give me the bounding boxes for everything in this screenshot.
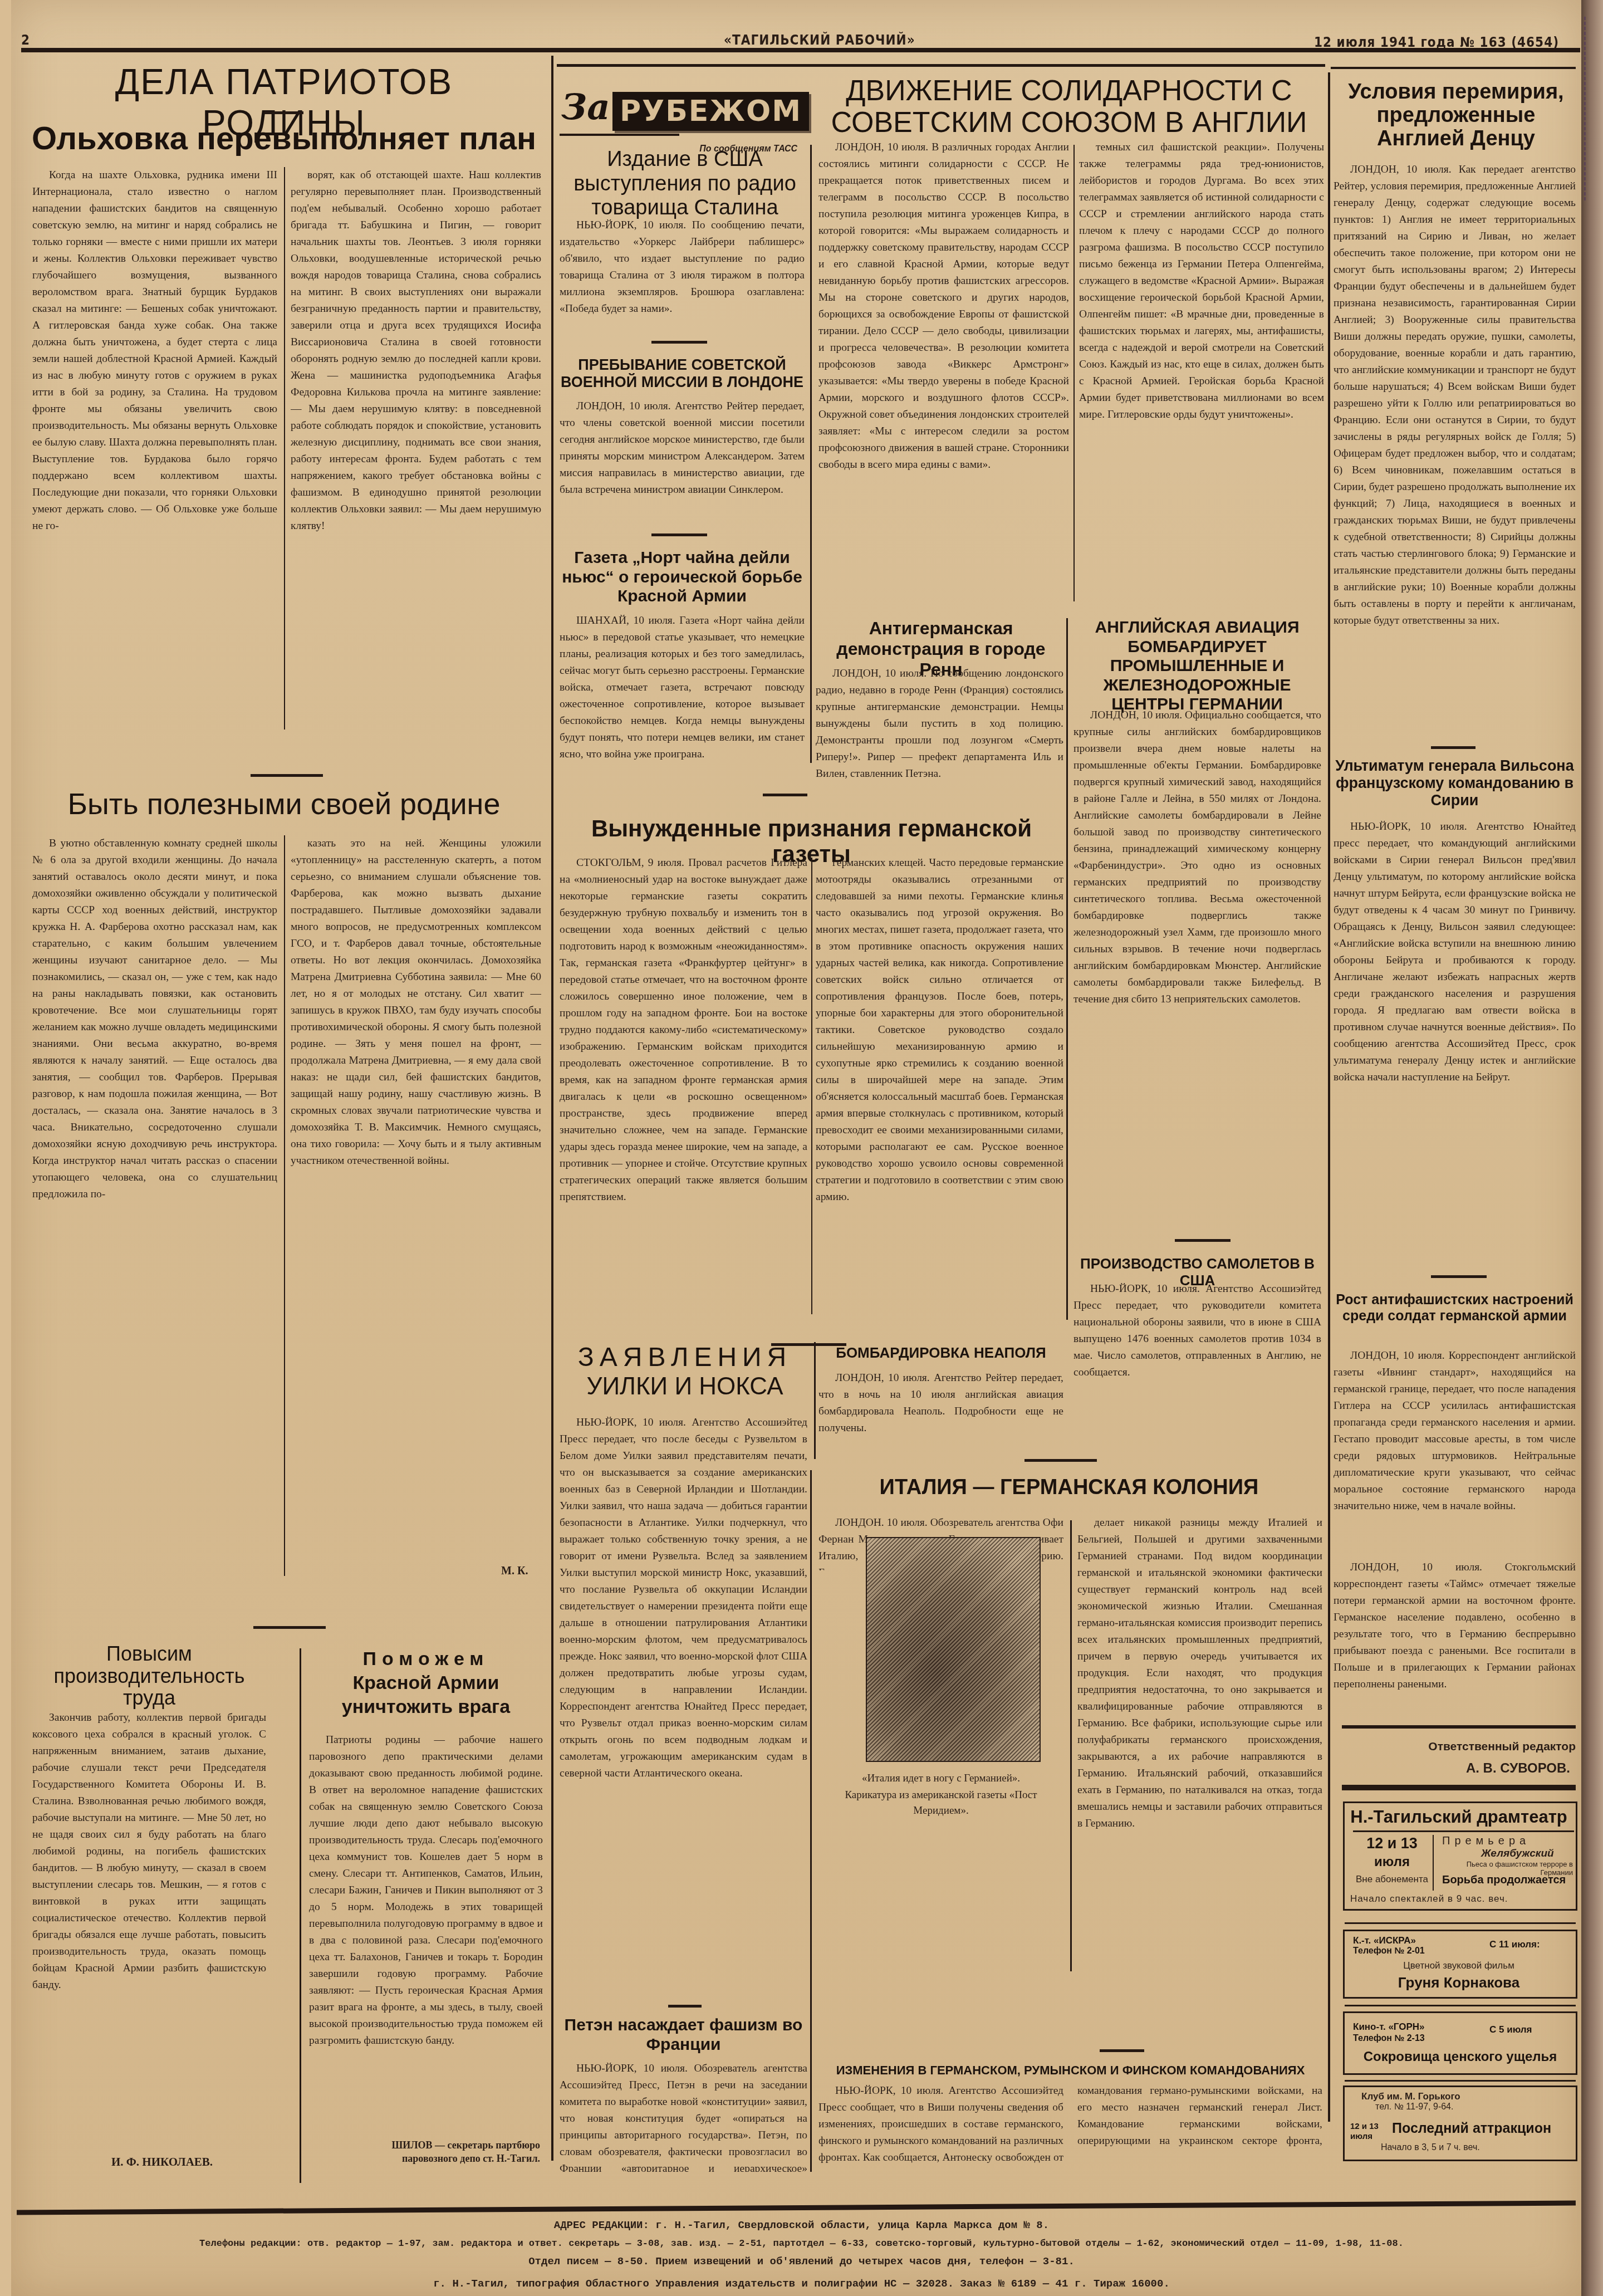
cinema-phone: Телефон № 2-13 <box>1353 2034 1425 2044</box>
column-rule <box>284 167 285 730</box>
ad-rule <box>1353 1830 1574 1832</box>
divider <box>668 2005 702 2008</box>
article-body: НЬЮ-ЙОРК, 10 июля. Агентство Юнайтед пре… <box>1334 819 1576 1270</box>
column-rule <box>1073 145 1075 601</box>
printing-info: г. Н.-Тагил, типография Областного Управ… <box>0 2278 1603 2290</box>
column-rule <box>810 145 812 763</box>
divider <box>253 1626 326 1629</box>
news-body: НЬЮ-ЙОРК, 10 июля. По сообщению печати, … <box>560 217 805 340</box>
article-title: Повысим производительность труда <box>32 1643 266 1709</box>
article-body: ЛОНДОН, 10 июля. Как передает агентство … <box>1334 161 1576 735</box>
article-title: Ольховка перевыполняет план <box>28 120 540 157</box>
cinema-since: С 5 июля <box>1489 2024 1532 2035</box>
film-title: Сокровища ценского ущелья <box>1347 2049 1573 2065</box>
news-title: ПРЕБЫВАНИЕ СОВЕТСКОЙ ВОЕННОЙ МИССИИ В ЛО… <box>560 356 805 391</box>
article-body: Когда на шахте Ольховка, рудника имени I… <box>32 167 277 735</box>
divider <box>251 774 323 777</box>
cinema-name: Кино-т. «ГОРН» <box>1353 2021 1425 2033</box>
article-body: Закончив работу, коллектив первой бригад… <box>32 1710 266 2133</box>
column-rule <box>1066 618 1068 1320</box>
premiere-label: Премьера <box>1442 1835 1530 1848</box>
article-title: Петэн насаждает фашизм во Франции <box>560 2016 807 2054</box>
article-body: Патриоты родины — рабочие нашего паровоз… <box>309 1732 543 2133</box>
cinema-since: С 11 июля: <box>1489 1939 1540 1950</box>
library-stamp <box>1584 17 1602 200</box>
article-title: УИЛКИ И НОКСА <box>560 1373 810 1401</box>
divider <box>1431 1275 1487 1278</box>
article-title: Поможем <box>309 1648 543 1670</box>
editorial-address: АДРЕС РЕДАКЦИИ: г. Н.-Тагил, Свердловско… <box>0 2219 1603 2231</box>
article-title: Быть полезными своей родине <box>28 788 540 821</box>
article-title: ДВИЖЕНИЕ СОЛИДАРНОСТИ С СОВЕТСКИМ СОЮЗОМ… <box>818 75 1320 139</box>
divider <box>1175 1239 1231 1242</box>
editor-rule <box>1342 1725 1576 1729</box>
news-body: ЛОНДОН, 10 июля. Агентство Рейтер переда… <box>560 398 805 532</box>
editor-label: Ответственный редактор <box>1336 1740 1576 1754</box>
editor-name: А. В. СУВОРОВ. <box>1336 1761 1570 1776</box>
divider <box>1024 1459 1097 1462</box>
abroad-logo: За РУБЕЖОМ По сообщениям ТАСС <box>557 75 802 159</box>
newspaper-name: «ТАГИЛЬСКИЙ РАБОЧИЙ» <box>724 32 915 48</box>
article-body: делает никакой разницы между Италией и Б… <box>1077 1515 1322 1982</box>
article-title: Красной Армии <box>309 1672 543 1694</box>
film-title: Груня Корнакова <box>1347 1974 1570 1991</box>
news-title: Газета „Норт чайна дейли ньюс“ о героиче… <box>560 549 805 606</box>
ad-rule <box>1345 2005 1576 2006</box>
article-body: НЬЮ-ЙОРК, 10 июля. Обозреватель агентств… <box>560 2060 807 2172</box>
logo-rule <box>560 134 679 136</box>
article-body: НЬЮ-ЙОРК, 10 июля. Агентство Ассошиэйтед… <box>1073 1281 1321 1381</box>
article-body: ЛОНДОН, 10 июля. Стокгольмский корреспон… <box>1334 1559 1576 1704</box>
theater-month: июля <box>1350 1854 1434 1870</box>
article-body: В уютно обставленную комнату средней шко… <box>32 835 277 1582</box>
column-rule <box>300 1648 301 2183</box>
article-title: ЗАЯВЛЕНИЯ <box>560 1342 810 1373</box>
news-body: ЛОНДОН, 10 июля. По сообщению лондонског… <box>816 665 1063 782</box>
article-body: темных сил фашистской реакции». Получены… <box>1079 139 1324 601</box>
ad-rule <box>1345 1922 1576 1924</box>
article-body: казать это на ней. Женщины уложили «утоп… <box>291 835 541 1559</box>
article-title: ИЗМЕНЕНИЯ В ГЕРМАНСКОМ, РУМЫНСКОМ И ФИНС… <box>818 2063 1322 2077</box>
divider <box>1431 746 1475 749</box>
article-body: ворят, как об отстающей шахте. Наш колле… <box>291 167 541 730</box>
article-body: германских клещей. Часто передовые герма… <box>816 855 1063 1311</box>
editorial-phones: Телефоны редакции: отв. редактор — 1-97,… <box>0 2239 1603 2249</box>
abroad-top-rule <box>557 64 1325 67</box>
article-body: НЬЮ-ЙОРК, 10 июля. Агентство Ассошиэйтед… <box>818 2083 1322 2172</box>
right-top-rule <box>1331 67 1576 69</box>
divider <box>651 533 707 536</box>
article-title: ИТАЛИЯ — ГЕРМАНСКАЯ КОЛОНИЯ <box>818 1476 1320 1500</box>
club-phone: тел. № 11-97, 9-64. <box>1375 2102 1453 2112</box>
column-divider <box>1328 72 1330 2122</box>
divider <box>264 111 303 114</box>
club-dates: 12 и 13 июля <box>1350 2122 1389 2142</box>
film-title: Последний аттракцион <box>1392 2121 1551 2137</box>
film-description: Цветной звуковой фильм <box>1347 1960 1570 1971</box>
article-body: ЛОНДОН, 10 июля. В различных городах Анг… <box>818 139 1069 601</box>
cinema-phone: Телефон № 2-01 <box>1353 1946 1425 1956</box>
article-body: СТОКГОЛЬМ, 9 июля. Провал расчетов Гитле… <box>560 855 807 1311</box>
article-title: Рост антифашистских настроений среди сол… <box>1334 1292 1576 1324</box>
article-title: БОМБАРДИРОВКА НЕАПОЛЯ <box>818 1345 1063 1362</box>
logo-prefix: За <box>561 86 610 128</box>
news-body: ШАНХАЙ, 10 июля. Газета «Норт чайна дейл… <box>560 613 805 780</box>
article-body: ЛОНДОН, 10 июля. Официально сообщается, … <box>1073 707 1321 1231</box>
article-title: уничтожить врага <box>309 1696 543 1718</box>
signature: И. Ф. НИКОЛАЕВ. <box>111 2155 213 2169</box>
article-body: ЛОНДОН, 10 июля. Корреспондент английско… <box>1334 1348 1576 1565</box>
divider <box>763 794 807 796</box>
article-body: ЛОНДОН, 10 июля. Агентство Рейтер переда… <box>818 1370 1063 1442</box>
club-start: Начало в 3, 5 и 7 ч. веч. <box>1381 2143 1480 2153</box>
article-title: Условия перемирия, предложенные Англией … <box>1334 81 1579 150</box>
column-rule <box>284 835 285 1576</box>
signature: М. К. <box>501 1565 528 1578</box>
ad-rule <box>1345 2080 1576 2082</box>
article-title: АНГЛИЙСКАЯ АВИАЦИЯ БОМБАРДИРУЕТ ПРОМЫШЛЕ… <box>1072 618 1322 714</box>
letters-department: Отдел писем — 8-50. Прием извещений и об… <box>0 2255 1603 2268</box>
column-rule <box>1070 1520 1072 1971</box>
masthead-rule <box>21 48 1580 52</box>
cartoon-caption: Карикатура из американской газеты «Пост … <box>818 1788 1063 1819</box>
theater-name: Н.-Тагильский драмтеатр <box>1347 1807 1570 1827</box>
divider <box>1100 2049 1144 2052</box>
divider <box>651 341 707 344</box>
theater-dates: 12 и 13 <box>1350 1835 1434 1852</box>
logo-main: РУБЕЖОМ <box>612 92 809 131</box>
signature: ШИЛОВ — секретарь партбюро паровозного д… <box>356 2138 540 2165</box>
column-rule <box>814 1342 816 1459</box>
cartoon-caption: «Италия идет в ногу с Германией». <box>818 1771 1063 1786</box>
caricature-illustration-icon <box>866 1537 1041 1762</box>
theater-note: Вне абонемента <box>1350 1874 1434 1884</box>
page-edge-shadow <box>1581 0 1603 2296</box>
column-rule <box>811 858 812 1314</box>
news-title: Издание в США выступления по радио товар… <box>562 148 807 221</box>
club-name: Клуб им. М. Горького <box>1361 2091 1460 2102</box>
article-title: Ультиматум генерала Вильсона французском… <box>1334 757 1576 809</box>
column-divider <box>551 56 553 2161</box>
article-body: НЬЮ-ЙОРК, 10 июля. Агентство Ассошиэйтед… <box>560 1414 807 1982</box>
play-title: Борьба продолжается <box>1442 1874 1574 1887</box>
editor-rule <box>1342 1785 1576 1790</box>
cinema-name: К.-т. «ИСКРА» <box>1353 1935 1416 1946</box>
column-rule <box>810 1470 812 2172</box>
author-name: Желябужский <box>1481 1848 1554 1860</box>
ad-column-rule <box>1433 1835 1434 1891</box>
theater-start: Начало спектаклей в 9 час. веч. <box>1350 1893 1573 1905</box>
page-number: 2 <box>21 32 30 48</box>
